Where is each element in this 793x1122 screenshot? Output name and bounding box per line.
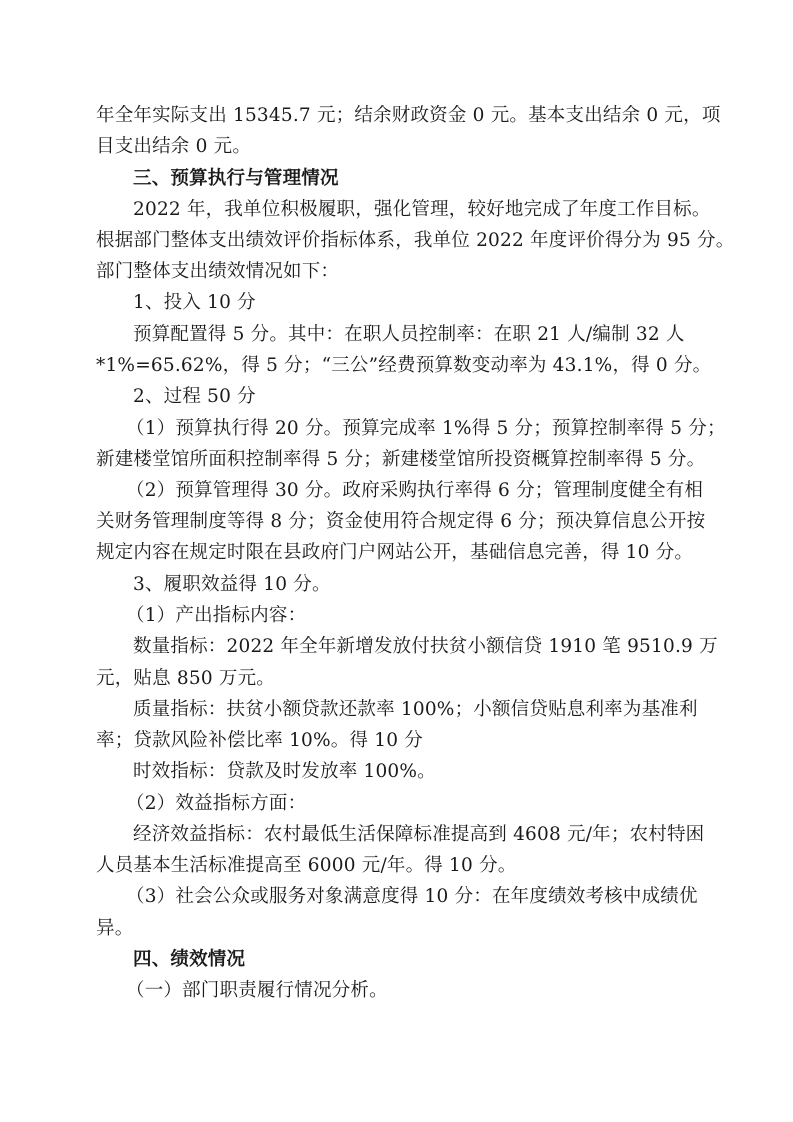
list-item-performance-benefit: 3、履职效益得 10 分。: [133, 569, 331, 600]
paragraph-line: （1）产出指标内容：: [126, 600, 306, 631]
paragraph-line: 时效指标：贷款及时发放率 100%。: [133, 756, 436, 787]
paragraph-line: 年全年实际支出 15345.7 元；结余财政资金 0 元。基本支出结余 0 元，…: [96, 100, 721, 131]
section-heading-performance: 四、绩效情况: [133, 944, 245, 975]
paragraph-line: 根据部门整体支出绩效评价指标体系，我单位 2022 年度评价得分为 95 分。: [96, 225, 734, 256]
paragraph-line: 预算配置得 5 分。其中：在职人员控制率：在职 21 人/编制 32 人: [133, 319, 685, 350]
paragraph-line: 率；贷款风险补偿比率 10%。得 10 分: [96, 725, 423, 756]
paragraph-line: 质量指标：扶贫小额贷款还款率 100%；小额信贷贴息利率为基准利: [133, 694, 698, 725]
section-heading-budget-execution: 三、预算执行与管理情况: [133, 163, 339, 194]
paragraph-line: 数量指标：2022 年全年新增发放付扶贫小额信贷 1910 笔 9510.9 万: [133, 631, 718, 662]
paragraph-line: 目支出结余 0 元。: [96, 131, 251, 162]
paragraph-line: 元，贴息 850 万元。: [96, 663, 275, 694]
paragraph-line: 经济效益指标：农村最低生活保障标准提高到 4608 元/年；农村特困: [133, 819, 704, 850]
list-item-investment: 1、投入 10 分: [133, 287, 256, 318]
paragraph-line: 2022 年，我单位积极履职，强化管理，较好地完成了年度工作目标。: [133, 194, 711, 225]
paragraph-line: （3）社会公众或服务对象满意度得 10 分：在年度绩效考核中成绩优: [126, 881, 698, 912]
paragraph-line: 关财务管理制度等得 8 分；资金使用符合规定得 6 分；预决算信息公开按: [96, 506, 705, 537]
paragraph-line: 规定内容在规定时限在县政府门户网站公开，基础信息完善，得 10 分。: [96, 537, 693, 568]
paragraph-line: （2）预算管理得 30 分。政府采购执行率得 6 分；管理制度健全有相: [126, 475, 703, 506]
paragraph-line: *1%=65.62%，得 5 分；“三公”经费预算数变动率为 43.1%，得 0…: [96, 350, 711, 381]
paragraph-line: 部门整体支出绩效情况如下：: [96, 256, 339, 287]
paragraph-line: 人员基本生活标准提高至 6000 元/年。得 10 分。: [96, 850, 516, 881]
paragraph-line: 新建楼堂馆所面积控制率得 5 分；新建楼堂馆所投资概算控制率得 5 分。: [96, 444, 705, 475]
paragraph-line: （2）效益指标方面：: [126, 788, 306, 819]
paragraph-line: 异。: [96, 913, 133, 944]
list-item-process: 2、过程 50 分: [133, 381, 256, 412]
paragraph-line: （1）预算执行得 20 分。预算完成率 1%得 5 分；预算控制率得 5 分；: [126, 413, 726, 444]
paragraph-line: （一）部门职责履行情况分析。: [126, 975, 388, 1006]
